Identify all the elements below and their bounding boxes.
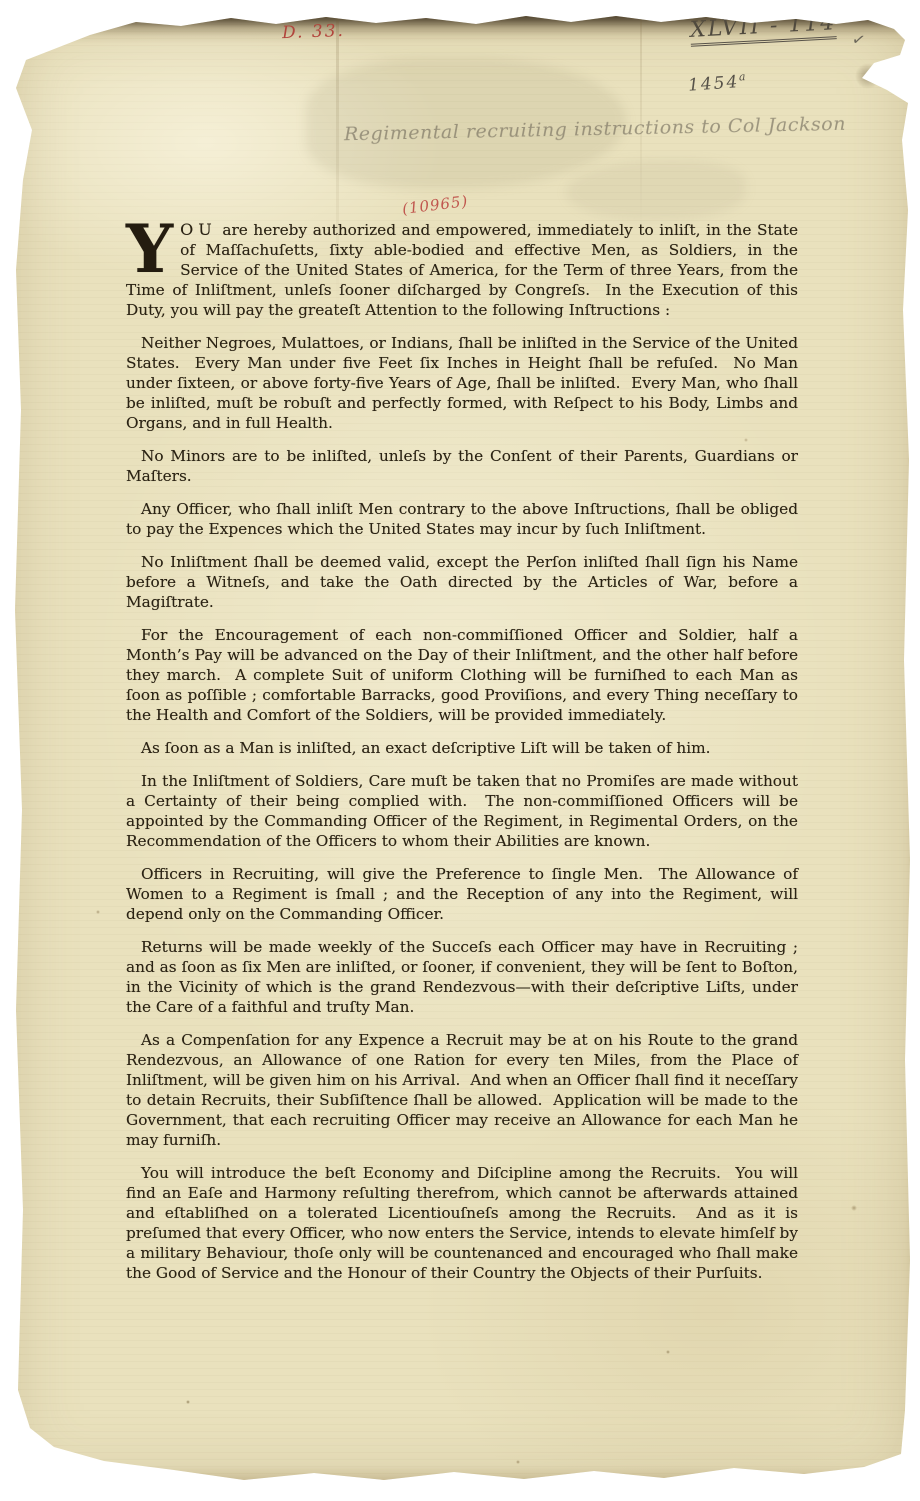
bleed-through-smudge [566, 160, 746, 220]
printed-text-block: YOU are hereby authorized and empowered,… [126, 220, 798, 1296]
shelf-mark-text: XLVII - 114 [689, 10, 837, 47]
paragraph: Returns will be made weekly of the Succe… [126, 937, 798, 1017]
paragraph: No Minors are to be inliſted, unleſs by … [126, 446, 798, 486]
opening-capitals: OU [180, 220, 217, 239]
paragraph: No Inliſtment ſhall be deemed valid, exc… [126, 552, 798, 612]
paragraph: Neither Negroes, Mulattoes, or Indians, … [126, 333, 798, 433]
paragraph: As ſoon as a Man is inliſted, an exact d… [126, 738, 798, 758]
document-sheet: D. 33. XLVII - 114 ✓ 1454a Regimental re… [6, 10, 914, 1488]
pencil-check-mark: ✓ [850, 29, 867, 50]
paragraph: Officers in Recruiting, will give the Pr… [126, 864, 798, 924]
paragraph: Any Officer, who ſhall inliſt Men contra… [126, 499, 798, 539]
drop-cap-letter: Y [126, 223, 173, 275]
deckled-bottom-edge [6, 1462, 914, 1488]
paragraph-opening: YOU are hereby authorized and empowered,… [126, 220, 798, 320]
pencil-title-inscription: Regimental recruiting instructions to Co… [344, 113, 846, 146]
pencil-accession-number: 1454a [687, 70, 748, 96]
pencil-shelf-mark: XLVII - 114 [689, 10, 836, 43]
accession-superscript: a [738, 70, 747, 84]
accession-number-text: 1454 [687, 72, 740, 96]
paragraph: You will introduce the beſt Economy and … [126, 1163, 798, 1283]
opening-paragraph-text: are hereby authorized and empowered, imm… [126, 221, 798, 319]
paragraph: For the Encouragement of each non-commiſ… [126, 625, 798, 725]
paragraph: As a Compenſation for any Expence a Recr… [126, 1030, 798, 1150]
paragraph: In the Inliſtment of Soldiers, Care muſt… [126, 771, 798, 851]
red-ink-catalog-number: D. 33. [282, 21, 346, 43]
red-ink-number: (10965) [401, 192, 469, 218]
